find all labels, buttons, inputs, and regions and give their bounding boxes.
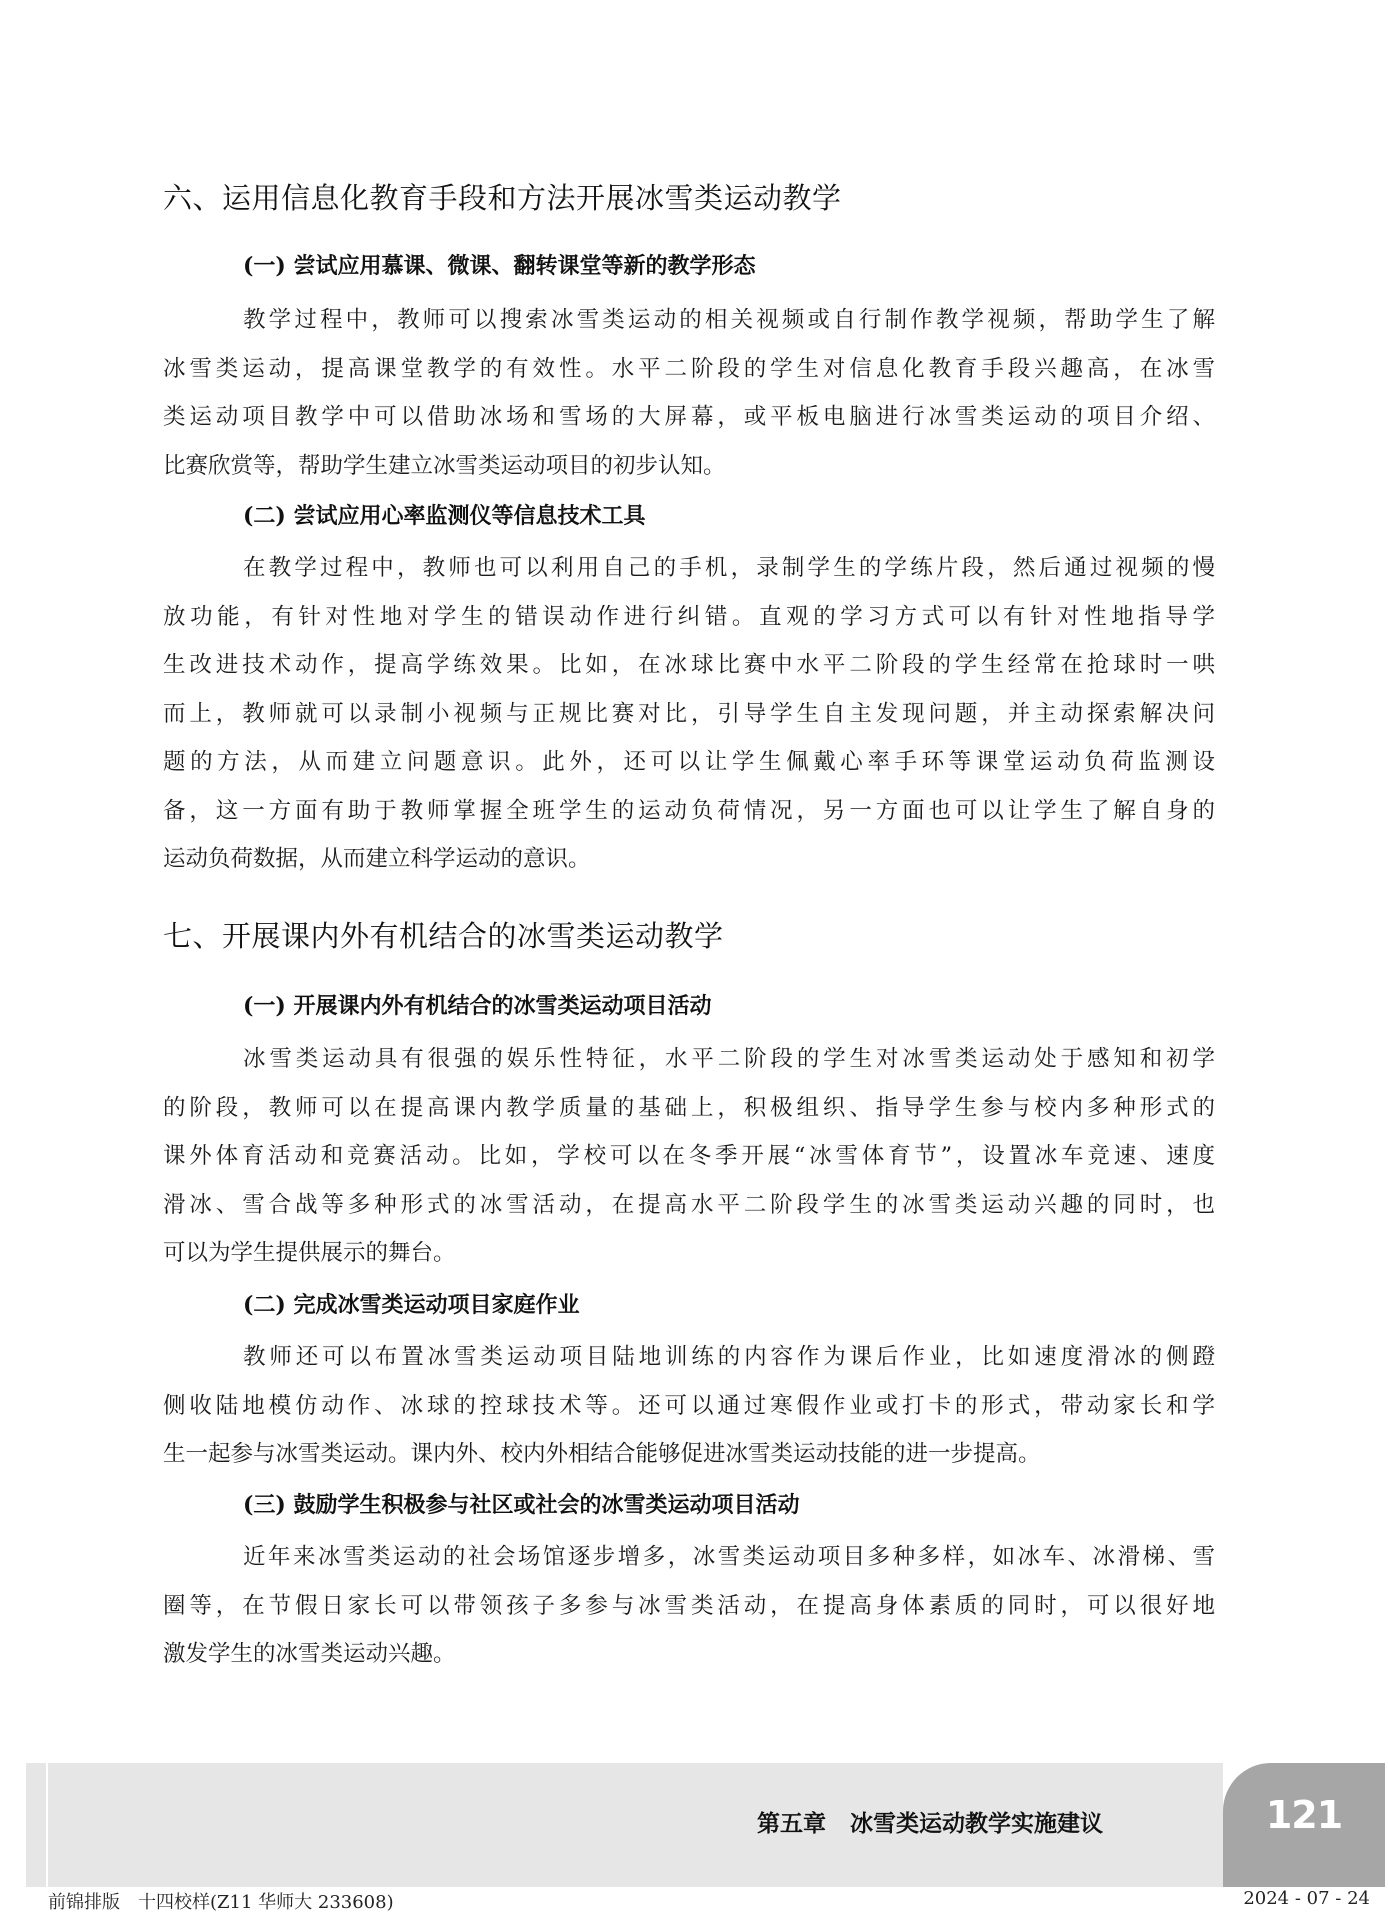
text-line: 的阶段，教师可以在提高课内教学质量的基础上，积极组织、指导学生参与校内多种形式的 (163, 1084, 1215, 1133)
paragraph-6-1: 教学过程中，教师可以搜索冰雪类运动的相关视频或自行制作教学视频，帮助学生了解 冰… (163, 296, 1215, 490)
text-line: 而上，教师就可以录制小视频与正规比赛对比，引导学生自主发现问题，并主动探索解决问 (163, 690, 1215, 739)
document-page: 六、运用信息化教育手段和方法开展冰雪类运动教学 (一) 尝试应用慕课、微课、翻转… (0, 0, 1388, 1917)
subsection-heading-7-2: (二) 完成冰雪类运动项目家庭作业 (243, 1294, 579, 1316)
subsection-heading-7-3: (三) 鼓励学生积极参与社区或社会的冰雪类运动项目活动 (243, 1494, 799, 1516)
subsection-heading-6-2: (二) 尝试应用心率监测仪等信息技术工具 (243, 505, 645, 527)
text-line: 冰雪类运动具有很强的娱乐性特征，水平二阶段的学生对冰雪类运动处于感知和初学 (163, 1035, 1215, 1084)
text-line: 冰雪类运动，提高课堂教学的有效性。水平二阶段的学生对信息化教育手段兴趣高，在冰雪 (163, 345, 1215, 394)
paragraph-7-3: 近年来冰雪类运动的社会场馆逐步增多，冰雪类运动项目多种多样，如冰车、冰滑梯、雪 … (163, 1533, 1215, 1679)
text-line: 题的方法，从而建立问题意识。此外，还可以让学生佩戴心率手环等课堂运动负荷监测设 (163, 738, 1215, 787)
footer-edge-strip (26, 1763, 46, 1887)
section-heading-7: 七、开展课内外有机结合的冰雪类运动教学 (163, 922, 724, 951)
text-line: 生改进技术动作，提高学练效果。比如，在冰球比赛中水平二阶段的学生经常在抢球时一哄 (163, 641, 1215, 690)
text-line: 滑冰、雪合战等多种形式的冰雪活动，在提高水平二阶段学生的冰雪类运动兴趣的同时，也 (163, 1181, 1215, 1230)
print-imprint: 前锦排版 十四校样(Z11 华师大 233608) (48, 1888, 394, 1914)
text-line: 近年来冰雪类运动的社会场馆逐步增多，冰雪类运动项目多种多样，如冰车、冰滑梯、雪 (163, 1533, 1215, 1582)
text-line: 课外体育活动和竞赛活动。比如，学校可以在冬季开展“冰雪体育节”，设置冰车竞速、速… (163, 1132, 1215, 1181)
page-number-tab: 121 (1223, 1763, 1385, 1887)
text-line: 教学过程中，教师可以搜索冰雪类运动的相关视频或自行制作教学视频，帮助学生了解 (163, 296, 1215, 345)
chapter-label: 第五章 (757, 1811, 826, 1837)
text-line: 运动负荷数据，从而建立科学运动的意识。 (163, 835, 1215, 884)
print-date: 2024 - 07 - 24 (1243, 1888, 1370, 1909)
chapter-title: 第五章冰雪类运动教学实施建议 (757, 1805, 1103, 1838)
paragraph-7-2: 教师还可以布置冰雪类运动项目陆地训练的内容作为课后作业，比如速度滑冰的侧蹬 侧收… (163, 1333, 1215, 1479)
text-line: 激发学生的冰雪类运动兴趣。 (163, 1630, 1215, 1679)
text-line: 生一起参与冰雪类运动。课内外、校内外相结合能够促进冰雪类运动技能的进一步提高。 (163, 1430, 1215, 1479)
text-line: 侧收陆地模仿动作、冰球的控球技术等。还可以通过寒假作业或打卡的形式，带动家长和学 (163, 1382, 1215, 1431)
text-line: 圈等，在节假日家长可以带领孩子多参与冰雪类活动，在提高身体素质的同时，可以很好地 (163, 1582, 1215, 1631)
text-line: 在教学过程中，教师也可以利用自己的手机，录制学生的学练片段，然后通过视频的慢 (163, 544, 1215, 593)
chapter-name: 冰雪类运动教学实施建议 (850, 1811, 1103, 1837)
running-footer: 第五章冰雪类运动教学实施建议 (48, 1763, 1223, 1887)
text-line: 放功能，有针对性地对学生的错误动作进行纠错。直观的学习方式可以有针对性地指导学 (163, 593, 1215, 642)
subsection-heading-6-1: (一) 尝试应用慕课、微课、翻转课堂等新的教学形态 (243, 255, 755, 277)
subsection-heading-7-1: (一) 开展课内外有机结合的冰雪类运动项目活动 (243, 995, 711, 1017)
text-line: 比赛欣赏等，帮助学生建立冰雪类运动项目的初步认知。 (163, 442, 1215, 491)
text-line: 教师还可以布置冰雪类运动项目陆地训练的内容作为课后作业，比如速度滑冰的侧蹬 (163, 1333, 1215, 1382)
text-line: 类运动项目教学中可以借助冰场和雪场的大屏幕，或平板电脑进行冰雪类运动的项目介绍、 (163, 393, 1215, 442)
paragraph-7-1: 冰雪类运动具有很强的娱乐性特征，水平二阶段的学生对冰雪类运动处于感知和初学 的阶… (163, 1035, 1215, 1278)
page-number: 121 (1223, 1793, 1385, 1837)
section-heading-6: 六、运用信息化教育手段和方法开展冰雪类运动教学 (163, 184, 842, 213)
text-line: 备，这一方面有助于教师掌握全班学生的运动负荷情况，另一方面也可以让学生了解自身的 (163, 787, 1215, 836)
text-line: 可以为学生提供展示的舞台。 (163, 1229, 1215, 1278)
paragraph-6-2: 在教学过程中，教师也可以利用自己的手机，录制学生的学练片段，然后通过视频的慢 放… (163, 544, 1215, 884)
